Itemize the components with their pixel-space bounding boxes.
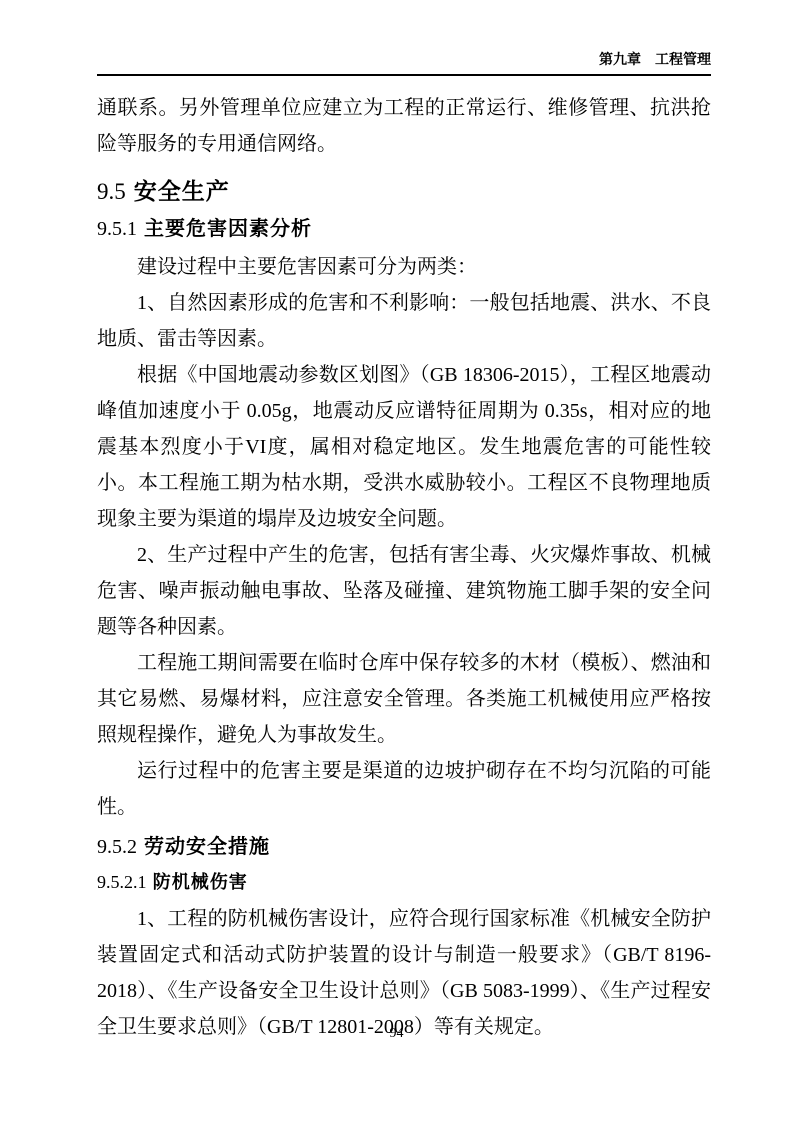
paragraph-storage-safety: 工程施工期间需要在临时仓库中保存较多的木材（模板）、燃油和其它易燃、易爆材料，应… bbox=[97, 645, 711, 753]
document-page: 第九章工程管理 通联系。另外管理单位应建立为工程的正常运行、维修管理、抗洪抢险等… bbox=[0, 0, 793, 1122]
heading-number: 9.5.2.1 bbox=[97, 872, 147, 892]
heading-number: 9.5.2 bbox=[97, 836, 137, 858]
heading-text: 主要危害因素分析 bbox=[144, 218, 312, 240]
heading-text: 安全生产 bbox=[134, 178, 230, 204]
paragraph-natural-factors: 1、自然因素形成的危害和不利影响：一般包括地震、洪水、不良地质、雷击等因素。 bbox=[97, 285, 711, 357]
header-chapter-label: 第九章 bbox=[599, 51, 641, 67]
paragraph-production-hazards: 2、生产过程中产生的危害，包括有害尘毒、火灾爆炸事故、机械危害、噪声振动触电事故… bbox=[97, 537, 711, 645]
section-heading-9-5-1: 9.5.1主要危害因素分析 bbox=[97, 215, 711, 243]
body-text: 通联系。另外管理单位应建立为工程的正常运行、维修管理、抗洪抢险等服务的专用通信网… bbox=[97, 90, 711, 1045]
section-heading-9-5-2: 9.5.2劳动安全措施 bbox=[97, 833, 711, 861]
header-chapter-title: 工程管理 bbox=[655, 51, 711, 67]
running-header: 第九章工程管理 bbox=[97, 48, 711, 76]
paragraph-machinery-protection: 1、工程的防机械伤害设计，应符合现行国家标准《机械安全防护装置固定式和活动式防护… bbox=[97, 901, 711, 1045]
paragraph-seismic: 根据《中国地震动参数区划图》（GB 18306-2015），工程区地震动峰值加速… bbox=[97, 357, 711, 537]
heading-number: 9.5.1 bbox=[97, 218, 137, 240]
page-number: 94 bbox=[390, 1026, 404, 1041]
continuation-paragraph: 通联系。另外管理单位应建立为工程的正常运行、维修管理、抗洪抢险等服务的专用通信网… bbox=[97, 90, 711, 162]
section-heading-9-5-2-1: 9.5.2.1防机械伤害 bbox=[97, 869, 711, 895]
paragraph-operation-hazard: 运行过程中的危害主要是渠道的边坡护砌存在不均匀沉陷的可能性。 bbox=[97, 753, 711, 825]
page-footer: 94 bbox=[0, 1026, 793, 1042]
heading-number: 9.5 bbox=[97, 179, 126, 204]
heading-text: 防机械伤害 bbox=[153, 872, 248, 892]
section-heading-9-5: 9.5安全生产 bbox=[97, 176, 711, 207]
heading-text: 劳动安全措施 bbox=[144, 836, 270, 858]
paragraph-intro: 建设过程中主要危害因素可分为两类： bbox=[97, 249, 711, 285]
content-column: 第九章工程管理 通联系。另外管理单位应建立为工程的正常运行、维修管理、抗洪抢险等… bbox=[97, 48, 711, 1045]
